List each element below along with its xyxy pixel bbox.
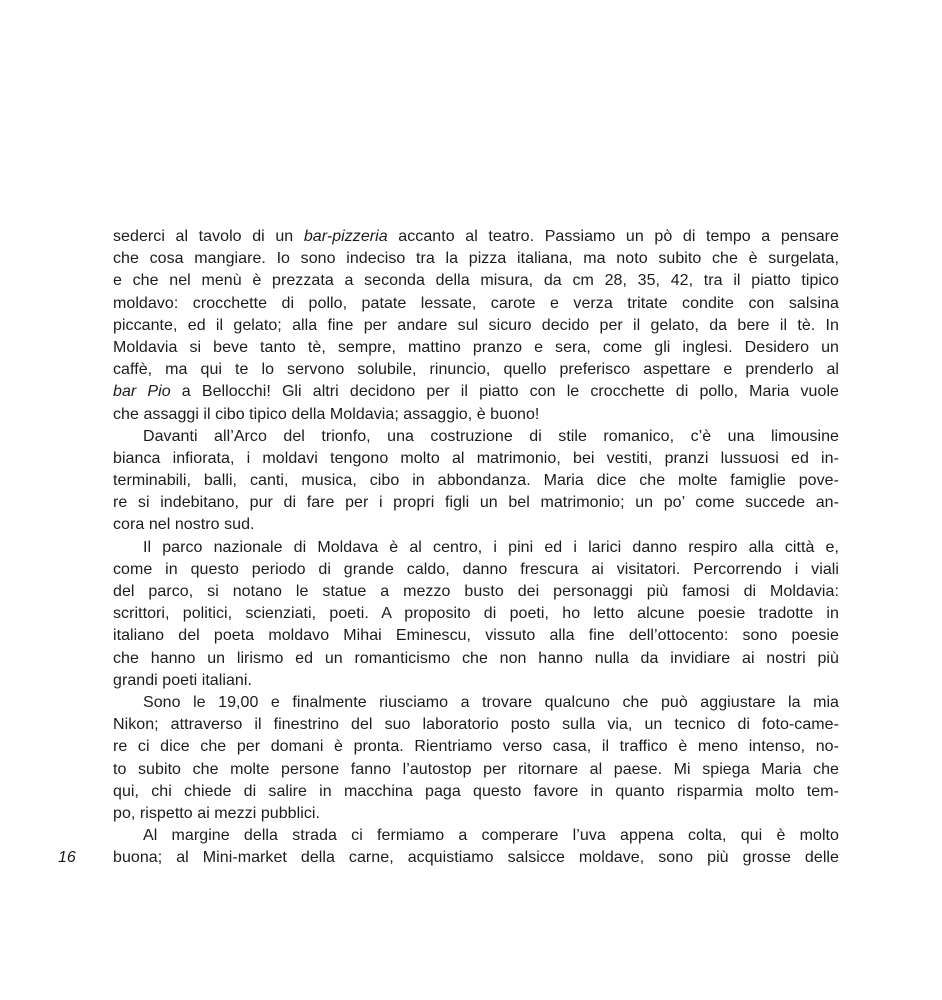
- text-line: del parco, si notano le statue a mezzo b…: [113, 581, 839, 603]
- text-segment: Davanti all’Arco del trionfo, una costru…: [143, 428, 839, 445]
- text-segment: accanto al teatro. Passiamo un pò di tem…: [388, 228, 839, 245]
- text-line: grandi poeti italiani.: [113, 670, 839, 692]
- text-line: terminabili, balli, canti, musica, cibo …: [113, 470, 839, 492]
- text-line: Moldavia si beve tanto tè, sempre, matti…: [113, 337, 839, 359]
- text-line: Davanti all’Arco del trionfo, una costru…: [113, 426, 839, 448]
- text-segment: Moldavia si beve tanto tè, sempre, matti…: [113, 339, 839, 356]
- document-page: 16 sederci al tavolo di un bar-pizzeria …: [0, 0, 942, 1000]
- text-line: moldavo: crocchette di pollo, patate les…: [113, 293, 839, 315]
- text-line: come in questo periodo di grande caldo, …: [113, 559, 839, 581]
- text-segment: che assaggi il cibo tipico della Moldavi…: [113, 406, 539, 423]
- text-line: che assaggi il cibo tipico della Moldavi…: [113, 404, 839, 426]
- text-segment: a Bellocchi! Gli altri decidono per il p…: [171, 383, 839, 400]
- text-line: bianca infiorata, i moldavi tengono molt…: [113, 448, 839, 470]
- text-line: cora nel nostro sud.: [113, 514, 839, 536]
- text-segment: Il parco nazionale di Moldava è al centr…: [143, 539, 839, 556]
- text-line: qui, chi chiede di salire in macchina pa…: [113, 781, 839, 803]
- text-line: po, rispetto ai mezzi pubblici.: [113, 803, 839, 825]
- text-segment: caffè, ma qui te lo servono solubile, ri…: [113, 361, 839, 378]
- italic-text: bar Pio: [113, 383, 171, 400]
- text-segment: qui, chi chiede di salire in macchina pa…: [113, 783, 839, 800]
- text-line: to subito che molte persone fanno l’auto…: [113, 759, 839, 781]
- text-line: Nikon; attraverso il finestrino del suo …: [113, 714, 839, 736]
- text-segment: sederci al tavolo di un: [113, 228, 304, 245]
- text-segment: grandi poeti italiani.: [113, 672, 252, 689]
- body-text: sederci al tavolo di un bar-pizzeria acc…: [113, 226, 839, 869]
- text-segment: to subito che molte persone fanno l’auto…: [113, 761, 839, 778]
- text-segment: Nikon; attraverso il finestrino del suo …: [113, 716, 839, 733]
- text-line: piccante, ed il gelato; alla fine per an…: [113, 315, 839, 337]
- text-segment: che cosa mangiare. Io sono indeciso tra …: [113, 250, 839, 267]
- text-line: re ci dice che per domani è pronta. Rien…: [113, 736, 839, 758]
- text-segment: terminabili, balli, canti, musica, cibo …: [113, 472, 839, 489]
- text-line: e che nel menù è prezzata a seconda dell…: [113, 270, 839, 292]
- text-line: bar Pio a Bellocchi! Gli altri decidono …: [113, 381, 839, 403]
- text-segment: del parco, si notano le statue a mezzo b…: [113, 583, 839, 600]
- text-segment: Sono le 19,00 e finalmente riusciamo a t…: [143, 694, 839, 711]
- text-line: Il parco nazionale di Moldava è al centr…: [113, 537, 839, 559]
- text-segment: italiano del poeta moldavo Mihai Eminesc…: [113, 627, 839, 644]
- text-segment: re si indebitano, pur di fare per i prop…: [113, 494, 839, 511]
- text-segment: po, rispetto ai mezzi pubblici.: [113, 805, 320, 822]
- page-number: 16: [58, 847, 76, 869]
- italic-text: bar-pizzeria: [304, 228, 388, 245]
- text-line: che hanno un lirismo ed un romanticismo …: [113, 648, 839, 670]
- text-segment: re ci dice che per domani è pronta. Rien…: [113, 738, 839, 755]
- text-segment: piccante, ed il gelato; alla fine per an…: [113, 317, 839, 334]
- text-segment: bianca infiorata, i moldavi tengono molt…: [113, 450, 839, 467]
- text-line: Al margine della strada ci fermiamo a co…: [113, 825, 839, 847]
- text-line: caffè, ma qui te lo servono solubile, ri…: [113, 359, 839, 381]
- text-segment: Al margine della strada ci fermiamo a co…: [143, 827, 839, 844]
- text-line: re si indebitano, pur di fare per i prop…: [113, 492, 839, 514]
- text-line: buona; al Mini-market della carne, acqui…: [113, 847, 839, 869]
- text-segment: che hanno un lirismo ed un romanticismo …: [113, 650, 839, 667]
- text-segment: come in questo periodo di grande caldo, …: [113, 561, 839, 578]
- text-segment: scrittori, politici, scienziati, poeti. …: [113, 605, 839, 622]
- text-segment: moldavo: crocchette di pollo, patate les…: [113, 295, 839, 312]
- text-segment: buona; al Mini-market della carne, acqui…: [113, 849, 839, 866]
- text-line: Sono le 19,00 e finalmente riusciamo a t…: [113, 692, 839, 714]
- text-line: italiano del poeta moldavo Mihai Eminesc…: [113, 625, 839, 647]
- text-line: sederci al tavolo di un bar-pizzeria acc…: [113, 226, 839, 248]
- text-line: che cosa mangiare. Io sono indeciso tra …: [113, 248, 839, 270]
- text-segment: cora nel nostro sud.: [113, 516, 255, 533]
- text-segment: e che nel menù è prezzata a seconda dell…: [113, 272, 839, 289]
- text-line: scrittori, politici, scienziati, poeti. …: [113, 603, 839, 625]
